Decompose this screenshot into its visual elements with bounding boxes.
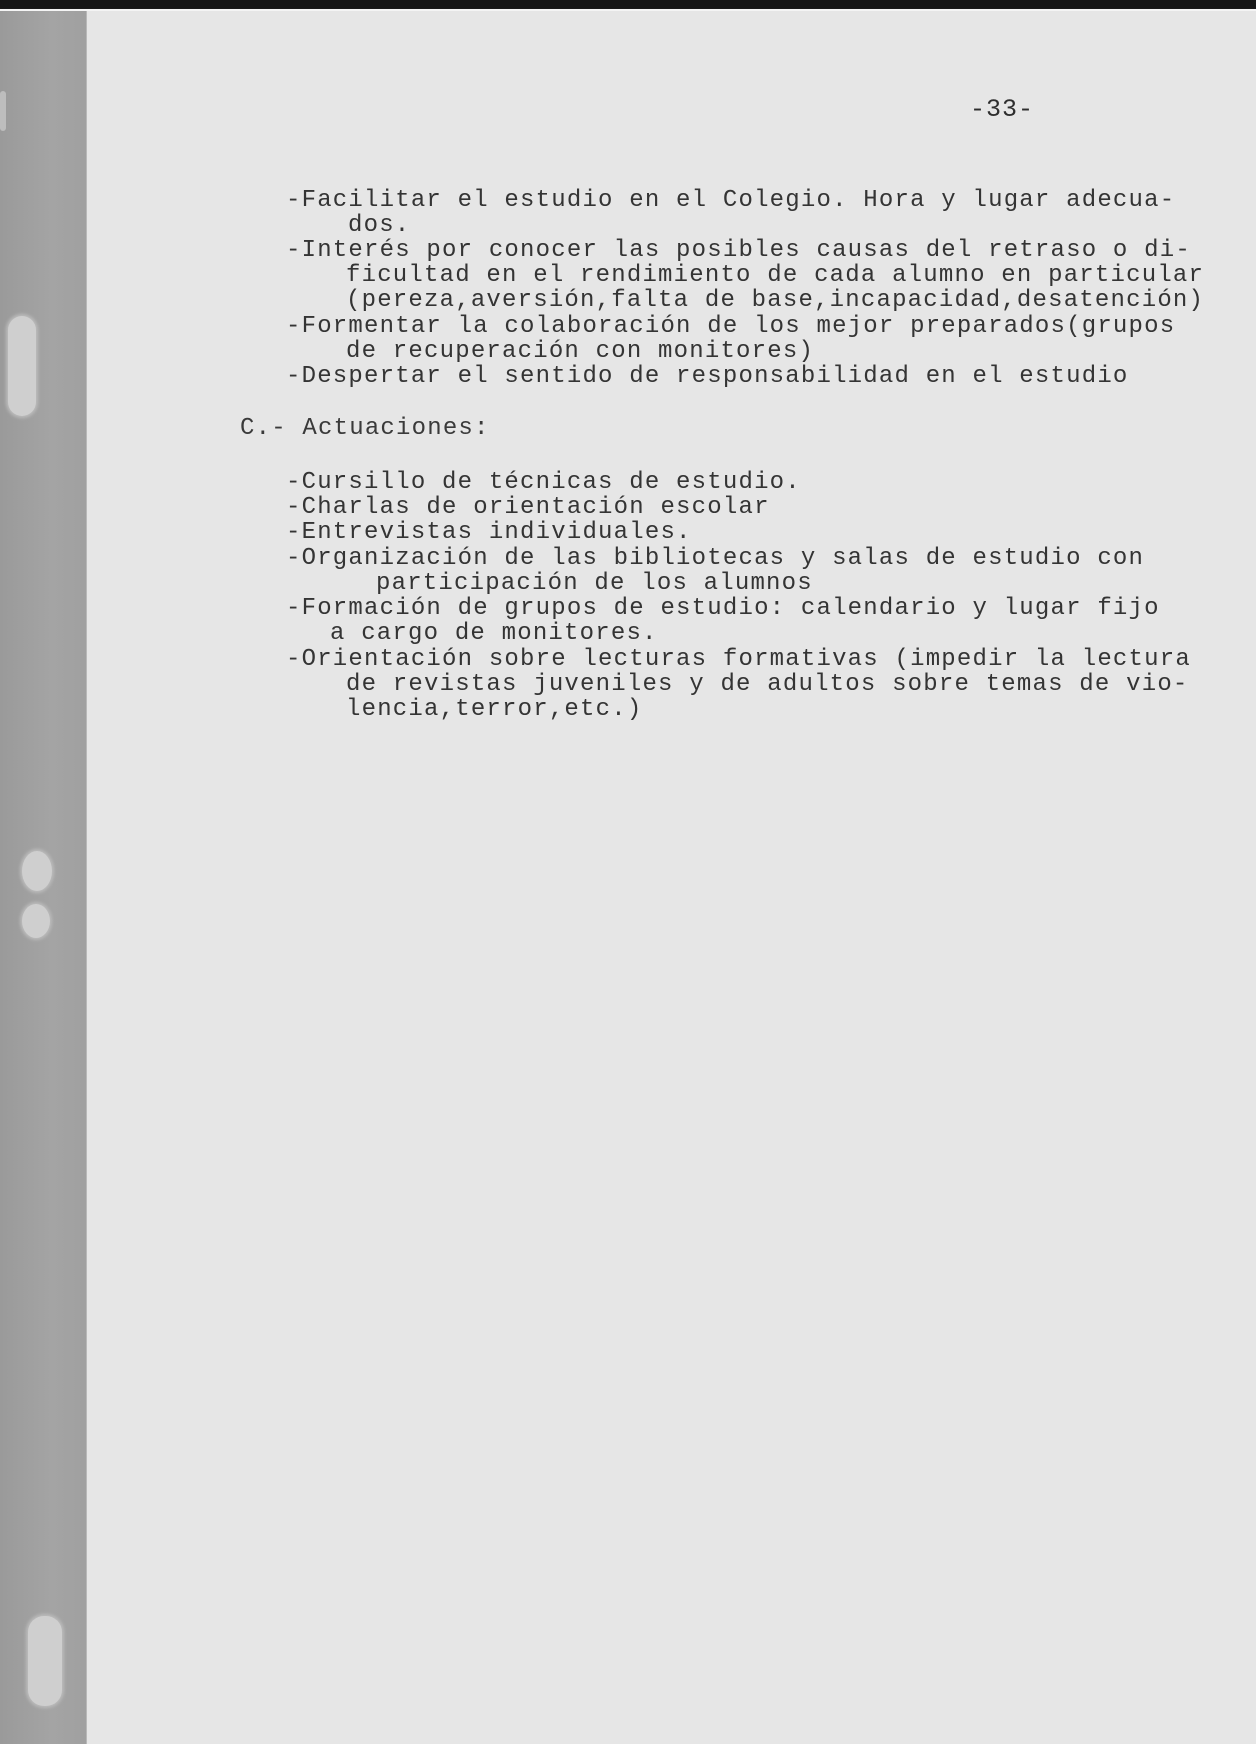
staple-hole [0, 91, 6, 131]
list-item-line: -Cursillo de técnicas de estudio. [286, 470, 801, 496]
staple-hole [22, 851, 52, 891]
list-item-line: a cargo de monitores. [330, 621, 658, 647]
list-item-line: de revistas juveniles y de adultos sobre… [346, 672, 1189, 698]
staple-hole [22, 904, 50, 938]
list-item-line: -Interés por conocer las posibles causas… [286, 238, 1191, 264]
list-item-line: lencia,terror,etc.) [346, 697, 642, 723]
list-item-line: -Entrevistas individuales. [286, 520, 692, 546]
list-item-line: -Orientación sobre lecturas formativas (… [286, 647, 1191, 673]
list-item-line: -Charlas de orientación escolar [286, 495, 770, 521]
list-item-line: -Despertar el sentido de responsabilidad… [286, 364, 1129, 390]
list-item-line: participación de los alumnos [376, 571, 813, 597]
section-heading: C.- Actuaciones: [240, 416, 490, 442]
scanner-background [0, 0, 1256, 8]
list-item-line: -Formación de grupos de estudio: calenda… [286, 596, 1160, 622]
binding-strip [0, 11, 87, 1744]
list-item-line: ficultad en el rendimiento de cada alumn… [346, 263, 1204, 289]
list-item-line: -Formentar la colaboración de los mejor … [286, 314, 1175, 340]
list-item-line: -Facilitar el estudio en el Colegio. Hor… [286, 188, 1175, 214]
list-item-line: -Organización de las bibliotecas y salas… [286, 546, 1144, 572]
list-item-line: de recuperación con monitores) [346, 339, 814, 365]
page-number: -33- [970, 95, 1034, 124]
list-item-line: (pereza,aversión,falta de base,incapacid… [346, 288, 1204, 314]
list-item-line: dos. [348, 213, 410, 239]
staple-hole [28, 1616, 62, 1706]
staple-hole [8, 316, 36, 416]
